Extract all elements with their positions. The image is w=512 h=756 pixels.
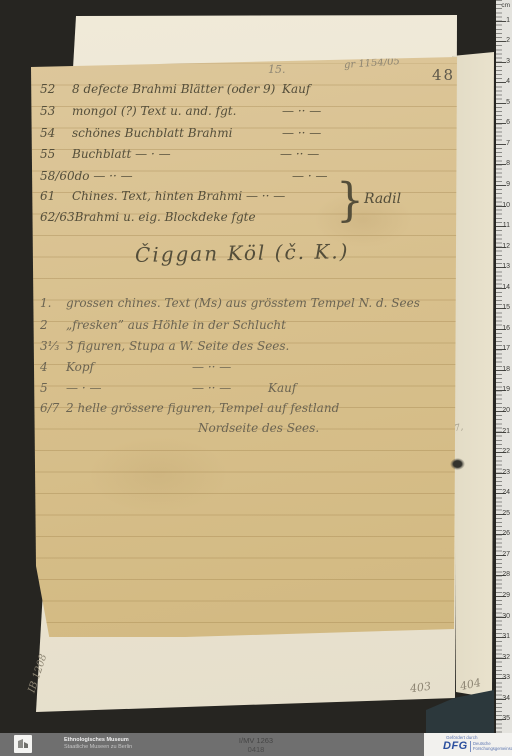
item-number: 6/7	[40, 401, 66, 415]
item-right-note: — · —	[292, 169, 327, 183]
ruler-cm-number: 26	[502, 530, 510, 537]
list-item: 55Buchblatt — · — — ·· —	[40, 147, 171, 161]
dfg-logo-divider	[470, 741, 471, 752]
ruler-cm-number: 6	[506, 119, 510, 126]
brace-label: Radil	[364, 191, 401, 207]
ruler-cm-number: 10	[502, 202, 510, 209]
ruler-cm-tick	[496, 103, 506, 104]
item-number: 58/60	[40, 169, 75, 183]
ruler-cm-tick	[496, 82, 506, 83]
list-item: 3⅓3 figuren, Stupa a W. Seite des Sees.	[40, 339, 289, 353]
ruler-cm-number: 11	[503, 222, 510, 229]
ruler-cm-number: 22	[502, 448, 510, 455]
manuscript-sheet: 15. gr 1154/05 48 528 defecte Brahmi Blä…	[30, 57, 457, 637]
item-number: 2	[40, 318, 66, 332]
ruler-cm-number: 3	[506, 58, 510, 65]
item-text: mongol (?) Text u. and. fgt.	[72, 104, 236, 118]
ruler-cm-number: 8	[506, 160, 510, 167]
list-item: 4Kopf — ·· —	[40, 360, 94, 374]
item-text: Kopf	[66, 360, 94, 374]
item-text: 2 helle grössere figuren, Tempel auf fes…	[66, 401, 339, 415]
list-item-continuation: Nordseite des Sees.	[198, 421, 319, 435]
dfg-name-line2: Forschungsgemeinschaft	[473, 746, 512, 751]
item-right-note: — ·· —	[282, 104, 321, 118]
ruler-cm-tick	[496, 41, 506, 42]
ruler-cm-number: 33	[502, 674, 510, 681]
ruler-cm-number: 29	[502, 592, 510, 599]
stamped-page-number: 48	[432, 66, 455, 84]
item-right-note: — ·· —	[282, 126, 321, 140]
ruler-cm-number: 5	[506, 99, 510, 106]
item-text: Brahmi u. eig. Blockdeke fgte	[75, 210, 256, 224]
ruler-cm-number: 35	[502, 715, 510, 722]
item-text: schönes Buchblatt Brahmi	[72, 126, 232, 140]
item-right-note: Kauf	[268, 381, 296, 395]
ruler-cm-tick	[496, 164, 506, 165]
list-item: 61Chines. Text, hinten Brahmi — ·· —	[40, 189, 285, 203]
ruler-cm-number: 9	[506, 181, 510, 188]
item-text: do — ·· —	[75, 169, 133, 183]
dfg-full-name: Deutsche Forschungsgemeinschaft	[473, 741, 512, 751]
ruler-cm-tick	[496, 144, 506, 145]
item-number: 5	[40, 381, 66, 395]
item-text: Chines. Text, hinten Brahmi — ·· —	[72, 189, 285, 203]
item-right-note: — ·· —	[280, 147, 319, 161]
item-text: — · —	[66, 381, 101, 395]
item-number: 61	[40, 189, 72, 203]
ruler-cm-number: 31	[502, 633, 510, 640]
list-item: 1.grossen chines. Text (Ms) aus grösstem…	[40, 296, 420, 310]
ruler-cm-number: 20	[502, 407, 510, 414]
ruler-cm-number: 27	[502, 551, 510, 558]
ruler-cm-number: 24	[502, 489, 510, 496]
list-item: 2„fresken” aus Höhle in der Schlucht	[40, 318, 286, 332]
ruler-cm-number: 17	[502, 345, 510, 352]
measurement-ruler: cm 1234567891011121314151617181920212223…	[496, 0, 512, 733]
pencil-note-15: 15.	[268, 63, 286, 76]
item-number: 52	[40, 82, 72, 96]
section-heading: Čiggan Köl (č. K.)	[135, 239, 350, 267]
ruler-cm-number: 18	[502, 366, 510, 373]
item-text: 8 defecte Brahmi Blätter (oder 9)	[72, 82, 275, 96]
ruler-unit-label: cm	[501, 2, 510, 9]
item-text: grossen chines. Text (Ms) aus grösstem T…	[66, 296, 420, 310]
list-item: 5— · — — ·· — Kauf	[40, 381, 101, 395]
list-item: 6/72 helle grössere figuren, Tempel auf …	[40, 401, 339, 415]
dfg-logo: DFG	[443, 740, 468, 752]
ruler-cm-number: 23	[502, 469, 510, 476]
ruler-cm-tick	[496, 123, 506, 124]
ruler-cm-number: 19	[502, 386, 510, 393]
ruler-cm-number: 12	[502, 243, 510, 250]
ruler-cm-tick	[496, 62, 506, 63]
list-item: 58/60do — ·· — — · —	[40, 169, 133, 183]
list-item: 62/63Brahmi u. eig. Blockdeke fgte	[40, 210, 256, 224]
ruler-cm-number: 30	[502, 613, 510, 620]
item-number: 3⅓	[40, 339, 66, 353]
ruler-cm-number: 13	[502, 263, 510, 270]
ruler-cm-tick	[496, 21, 506, 22]
ruler-cm-number: 21	[502, 428, 510, 435]
ruler-cm-number: 2	[506, 37, 510, 44]
list-item: 53mongol (?) Text u. and. fgt. — ·· —	[40, 104, 236, 118]
dfg-logo-block: Gefördert durch DFG Deutsche Forschungsg…	[424, 733, 512, 756]
item-number: 54	[40, 126, 72, 140]
ruler-cm-number: 16	[502, 325, 510, 332]
item-text: Buchblatt — · —	[72, 147, 171, 161]
item-number: 1.	[40, 296, 66, 310]
page-number-404: 404	[459, 676, 482, 693]
grouping-brace: }	[336, 174, 364, 228]
ruler-cm-number: 7	[506, 140, 510, 147]
list-item: 528 defecte Brahmi Blätter (oder 9) Kauf	[40, 82, 275, 96]
digitization-footer-bar: Ethnologisches Museum Staatliche Museen …	[0, 733, 512, 756]
item-ditto-mark: — ·· —	[192, 381, 231, 395]
archival-scan-viewport: 404 17, IB 1208 403 15. gr 1154/05 48 52…	[0, 0, 512, 756]
item-text: 3 figuren, Stupa a W. Seite des Sees.	[66, 339, 289, 353]
item-right-note: Kauf	[282, 82, 310, 96]
item-number: 62/63	[40, 210, 75, 224]
item-text: „fresken” aus Höhle in der Schlucht	[66, 318, 286, 332]
ruler-cm-number: 25	[502, 510, 510, 517]
item-number: 53	[40, 104, 72, 118]
ruler-cm-tick	[496, 185, 506, 186]
item-text: Nordseite des Sees.	[198, 421, 319, 435]
item-ditto-mark: — ·· —	[192, 360, 231, 374]
ruler-cm-number: 1	[506, 17, 510, 24]
list-item: 54schönes Buchblatt Brahmi — ·· —	[40, 126, 232, 140]
ruler-cm-number: 14	[502, 284, 510, 291]
ruler-cm-number: 32	[502, 654, 510, 661]
ruler-cm-number: 28	[502, 571, 510, 578]
ruler-cm-number: 34	[502, 695, 510, 702]
ruler-cm-number: 15	[502, 304, 510, 311]
item-number: 4	[40, 360, 66, 374]
ruler-cm-number: 4	[506, 78, 510, 85]
item-number: 55	[40, 147, 72, 161]
